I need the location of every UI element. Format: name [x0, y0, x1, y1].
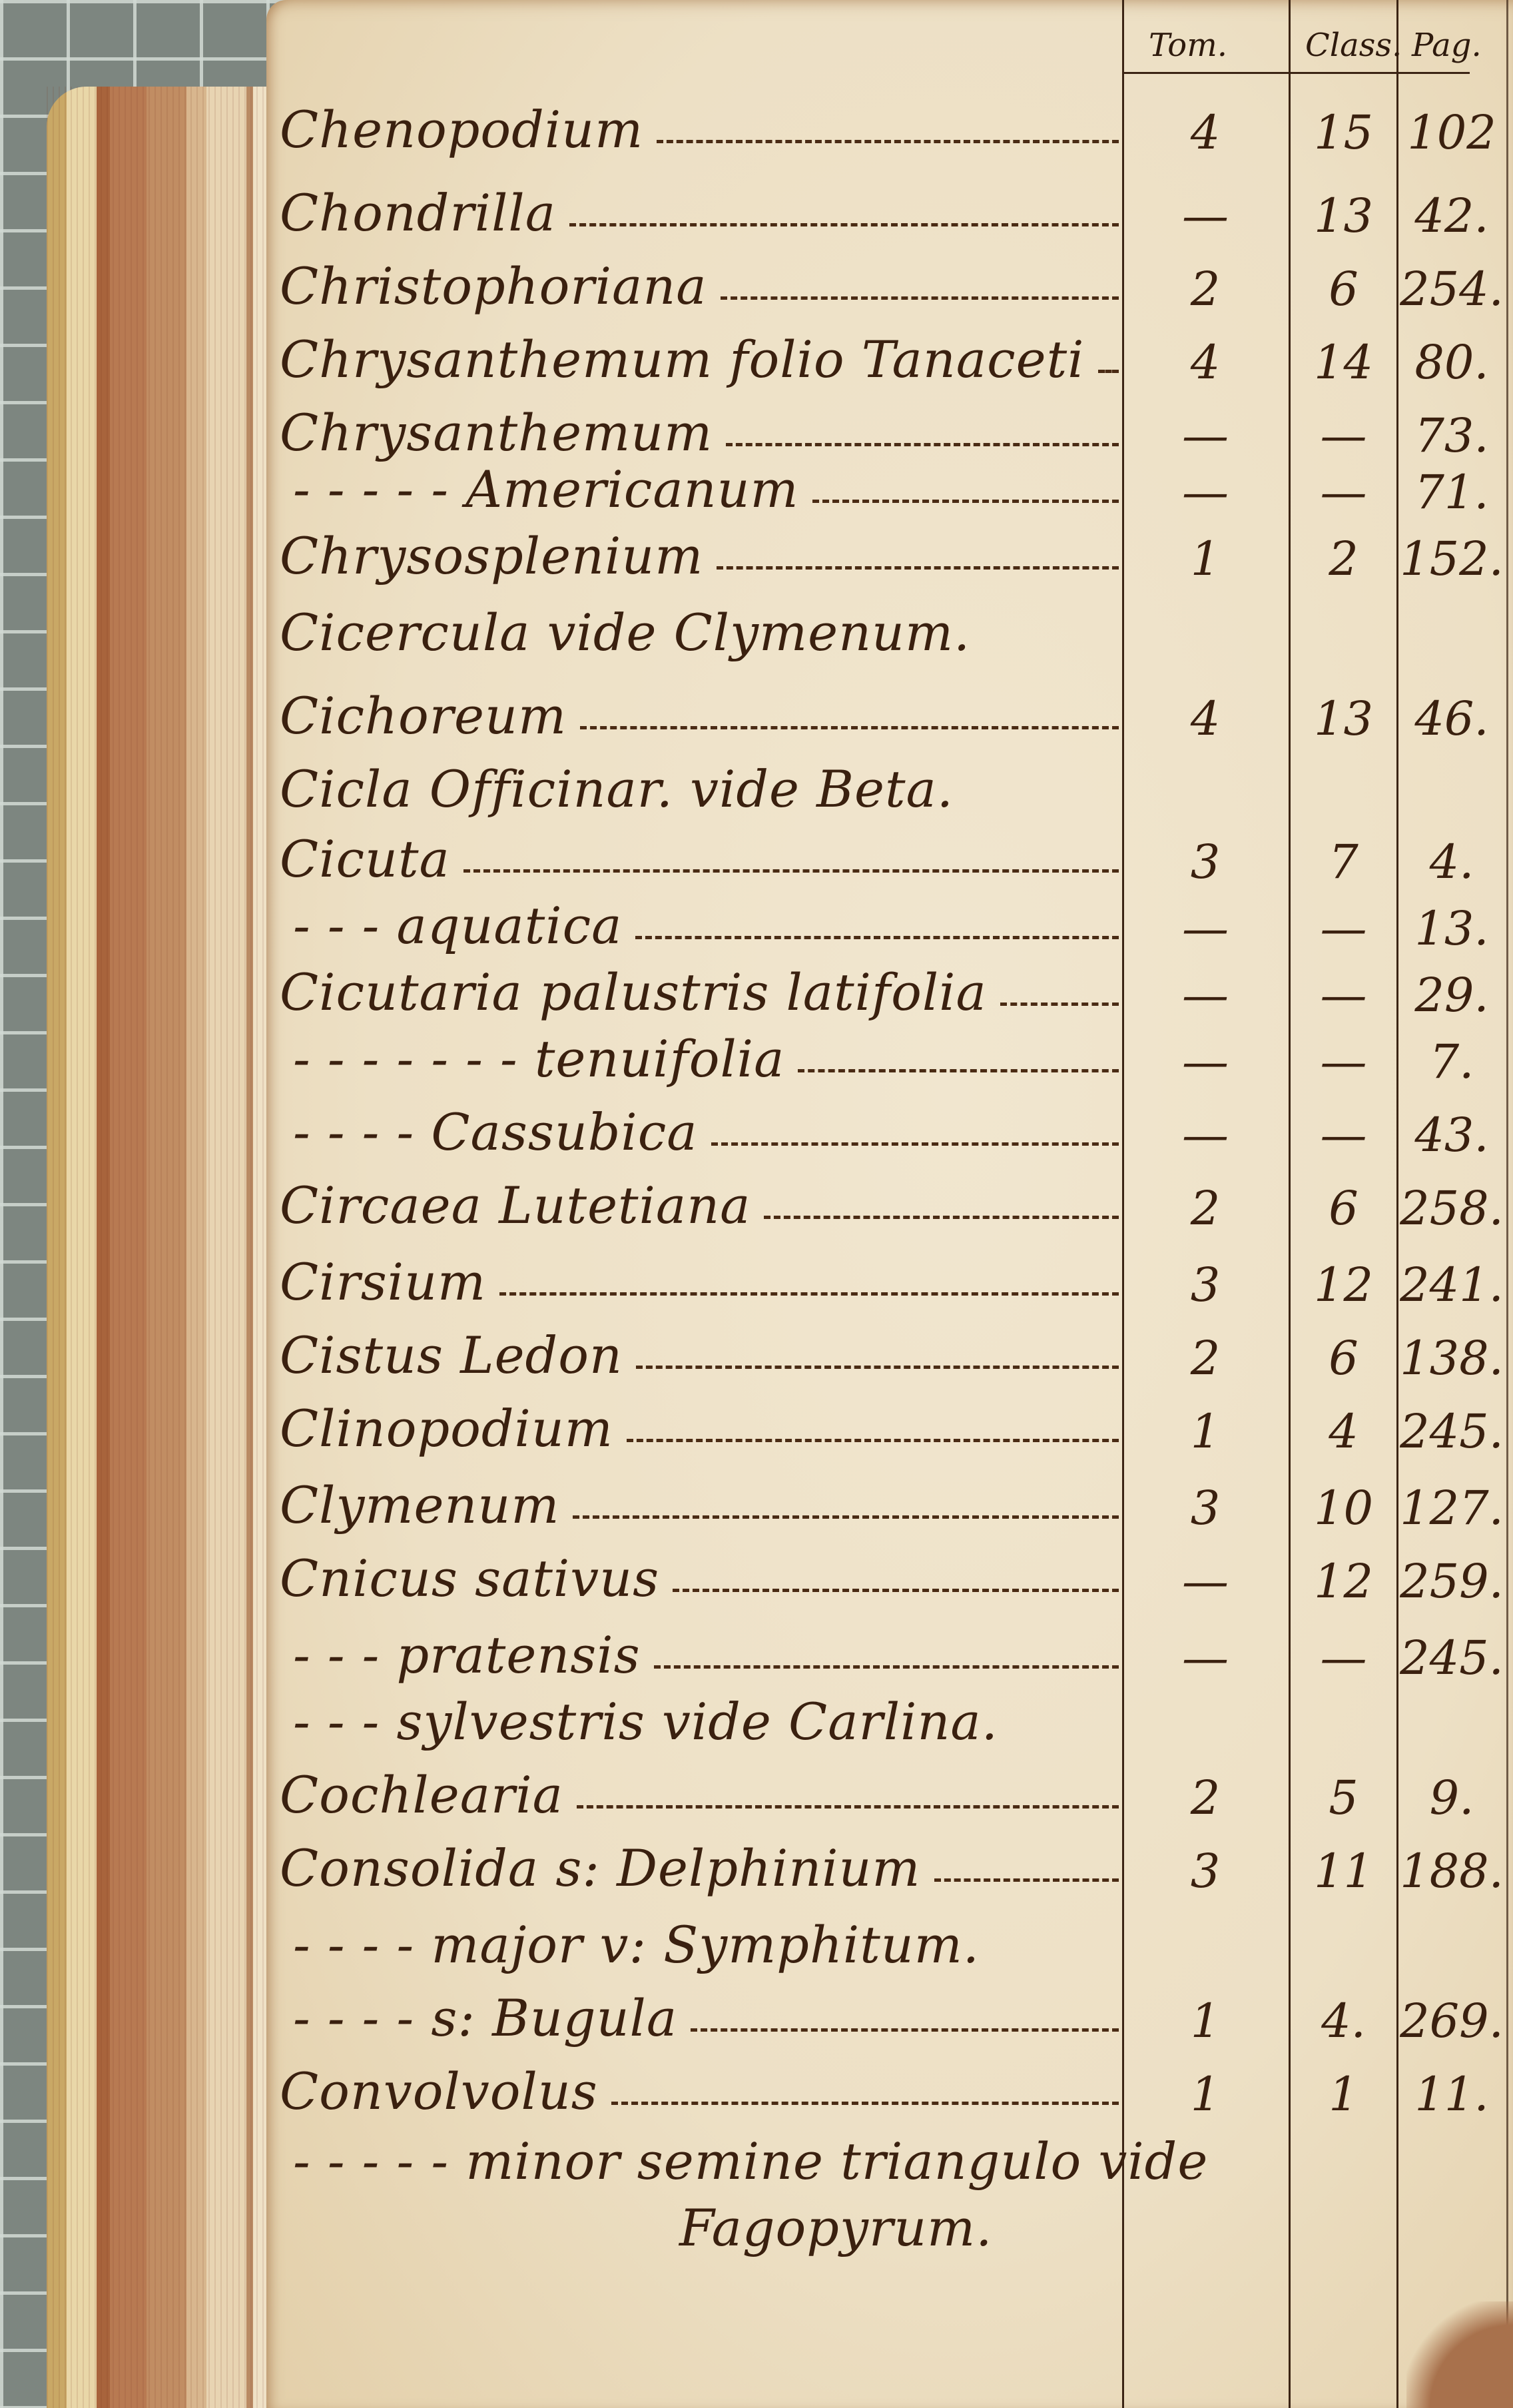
entry-name: Clymenum	[280, 1475, 559, 1535]
dotted-leader	[635, 936, 1119, 939]
class-cell: 10	[1292, 1481, 1395, 1535]
dotted-leader	[721, 296, 1119, 300]
dotted-leader	[934, 1878, 1119, 1882]
entry-name: Convolvolus	[280, 2062, 598, 2121]
index-entry-row: Circaea Lutetiana26258.	[266, 1176, 1513, 1242]
class-cell: 4.	[1292, 1994, 1395, 2048]
dotted-leader	[764, 1216, 1119, 1219]
class-cell: 7	[1292, 835, 1395, 889]
tom-cell: 2	[1125, 1331, 1285, 1386]
class-cell: 6	[1292, 1331, 1395, 1386]
pag-cell: 245.	[1398, 1631, 1505, 1685]
class-cell: —	[1292, 408, 1395, 463]
pag-cell: 241.	[1398, 1258, 1505, 1312]
tom-cell: 2	[1125, 1181, 1285, 1236]
class-cell: 15	[1292, 105, 1395, 160]
dotted-leader	[499, 1292, 1119, 1296]
entry-name: Cicuta	[280, 829, 450, 889]
dotted-leader	[717, 566, 1119, 570]
class-cell: —	[1292, 901, 1395, 956]
index-entry-row: Chrysosplenium12152.	[266, 526, 1513, 593]
tom-cell: 2	[1125, 262, 1285, 316]
tom-cell: 1	[1125, 2067, 1285, 2122]
entry-name: Cicercula vide Clymenum.	[280, 603, 970, 662]
pag-cell: 9.	[1398, 1771, 1505, 1825]
class-cell: 5	[1292, 1771, 1395, 1825]
class-cell: 13	[1292, 691, 1395, 746]
class-cell: 6	[1292, 262, 1395, 316]
index-entry-row: Cirsium312241.	[266, 1252, 1513, 1319]
dotted-leader	[627, 1439, 1119, 1442]
tom-cell: 2	[1125, 1771, 1285, 1825]
tom-cell: —	[1125, 1108, 1285, 1162]
index-entry-row: - - - - - minor semine triangulo vide	[266, 2132, 1513, 2198]
class-cell: 12	[1292, 1554, 1395, 1609]
entry-name: Chrysosplenium	[280, 526, 703, 586]
entry-name: Cichoreum	[280, 686, 567, 745]
index-entry-row: Chenopodium415102	[266, 100, 1513, 167]
class-cell: —	[1292, 1034, 1395, 1089]
index-entry-row: - - - - - Americanum——71.	[266, 460, 1513, 526]
dotted-leader	[711, 1142, 1119, 1146]
entry-name: Consolida s: Delphinium	[280, 1838, 921, 1898]
index-entry-row: - - - - Cassubica——43.	[266, 1102, 1513, 1169]
tom-cell: 4	[1125, 335, 1285, 390]
dotted-leader	[463, 869, 1119, 873]
pag-cell: 138.	[1398, 1331, 1505, 1386]
index-entry-row: Convolvolus1111.	[266, 2062, 1513, 2128]
dotted-leader	[577, 1805, 1119, 1808]
class-cell: 11	[1292, 1844, 1395, 1898]
dotted-leader	[569, 223, 1119, 226]
index-entry-row: Cnicus sativus—12259.	[266, 1549, 1513, 1615]
index-entry-row: Cicercula vide Clymenum.	[266, 603, 1513, 669]
class-cell: 12	[1292, 1258, 1395, 1312]
pag-cell: 4.	[1398, 835, 1505, 889]
pag-cell: 269.	[1398, 1994, 1505, 2048]
column-header-pag: Pag.	[1412, 27, 1482, 64]
pag-cell: 71.	[1398, 465, 1505, 520]
entry-name: Cochlearia	[280, 1765, 563, 1824]
entry-name: - - - - - minor semine triangulo vide	[293, 2132, 1208, 2191]
entry-name: Circaea Lutetiana	[280, 1176, 751, 1235]
index-entry-row: Cochlearia259.	[266, 1765, 1513, 1832]
tom-cell: 3	[1125, 1258, 1285, 1312]
entry-name: Cistus Ledon	[280, 1326, 623, 1385]
dotted-leader	[726, 443, 1119, 446]
pag-cell: 80.	[1398, 335, 1505, 390]
tom-cell: —	[1125, 408, 1285, 463]
entry-name: - - - - - - - tenuifolia	[293, 1029, 784, 1088]
pag-cell: 46.	[1398, 691, 1505, 746]
pag-cell: 127.	[1398, 1481, 1505, 1535]
entry-name: - - - sylvestris vide Carlina.	[293, 1692, 998, 1751]
header-rule	[1123, 72, 1470, 74]
dotted-leader	[580, 726, 1119, 729]
class-cell: 1	[1292, 2067, 1395, 2122]
class-cell: —	[1292, 1108, 1395, 1162]
index-entry-row: Fagopyrum.	[266, 2198, 1513, 2265]
entry-name: Cicla Officinar. vide Beta.	[280, 759, 954, 819]
class-cell: 14	[1292, 335, 1395, 390]
pag-cell: 73.	[1398, 408, 1505, 463]
class-cell: 4	[1292, 1404, 1395, 1459]
column-header-tom: Tom.	[1149, 27, 1227, 64]
index-entry-row: Chrysanthemum folio Tanaceti41480.	[266, 330, 1513, 396]
entry-name: Cirsium	[280, 1252, 486, 1312]
index-entry-row: - - - - - - - tenuifolia——7.	[266, 1029, 1513, 1096]
dotted-leader	[798, 1069, 1119, 1072]
tom-cell: —	[1125, 901, 1285, 956]
tom-cell: —	[1125, 1034, 1285, 1089]
entry-name: - - - pratensis	[293, 1625, 641, 1685]
tom-cell: 1	[1125, 1994, 1285, 2048]
pag-cell: 102	[1398, 105, 1505, 160]
dotted-leader	[812, 500, 1119, 503]
class-cell: 13	[1292, 189, 1395, 243]
dotted-leader	[573, 1515, 1119, 1519]
tom-cell: —	[1125, 1554, 1285, 1609]
tom-cell: —	[1125, 1631, 1285, 1685]
class-cell: —	[1292, 1631, 1395, 1685]
entry-name: Fagopyrum.	[679, 2198, 992, 2257]
dotted-leader	[1000, 1003, 1119, 1006]
index-entry-row: Cichoreum41346.	[266, 686, 1513, 753]
index-entry-row: Christophoriana26254.	[266, 256, 1513, 323]
entry-name: Chondrilla	[280, 183, 556, 242]
tom-cell: 4	[1125, 691, 1285, 746]
class-cell: 2	[1292, 532, 1395, 586]
pag-cell: 13.	[1398, 901, 1505, 956]
thumb-shadow	[1406, 2301, 1513, 2408]
entry-name: - - - - - Americanum	[293, 460, 799, 519]
pag-cell: 42.	[1398, 189, 1505, 243]
pag-cell: 7.	[1398, 1034, 1505, 1089]
pag-cell: 29.	[1398, 968, 1505, 1022]
dotted-leader	[691, 2028, 1119, 2032]
pag-cell: 254.	[1398, 262, 1505, 316]
column-header-class: Class.	[1305, 27, 1402, 64]
index-entry-row: - - - pratensis——245.	[266, 1625, 1513, 1692]
index-entry-row: Cicla Officinar. vide Beta.	[266, 759, 1513, 826]
page-edges	[47, 87, 286, 2408]
dotted-leader	[1098, 370, 1119, 373]
book: Tom. Class. Pag. Chenopodium415102Chondr…	[47, 0, 1513, 2408]
index-entry-row: Consolida s: Delphinium311188.	[266, 1838, 1513, 1905]
pag-cell: 152.	[1398, 532, 1505, 586]
class-cell: 6	[1292, 1181, 1395, 1236]
pag-cell: 259.	[1398, 1554, 1505, 1609]
index-entry-row: - - - aquatica——13.	[266, 896, 1513, 963]
tom-cell: 3	[1125, 1844, 1285, 1898]
entry-name: - - - - Cassubica	[293, 1102, 698, 1162]
tom-cell: —	[1125, 189, 1285, 243]
entry-name: Chenopodium	[280, 100, 643, 159]
entry-name: Christophoriana	[280, 256, 707, 316]
tom-cell: —	[1125, 968, 1285, 1022]
dotted-leader	[673, 1589, 1119, 1592]
index-entry-row: Cicutaria palustris latifolia——29.	[266, 963, 1513, 1029]
tom-cell: 4	[1125, 105, 1285, 160]
entry-name: Clinopodium	[280, 1399, 613, 1458]
pag-cell: 258.	[1398, 1181, 1505, 1236]
tom-cell: —	[1125, 465, 1285, 520]
index-entry-row: Cistus Ledon26138.	[266, 1326, 1513, 1392]
index-entry-row: Clinopodium14245.	[266, 1399, 1513, 1465]
dotted-leader	[611, 2102, 1119, 2105]
class-cell: —	[1292, 465, 1395, 520]
index-entry-row: Clymenum310127.	[266, 1475, 1513, 1542]
tom-cell: 3	[1125, 835, 1285, 889]
index-entry-row: Chondrilla—1342.	[266, 183, 1513, 250]
manuscript-page: Tom. Class. Pag. Chenopodium415102Chondr…	[266, 0, 1513, 2408]
class-cell: —	[1292, 968, 1395, 1022]
pag-cell: 188.	[1398, 1844, 1505, 1898]
dotted-leader	[654, 1665, 1119, 1669]
tom-cell: 3	[1125, 1481, 1285, 1535]
pag-cell: 11.	[1398, 2067, 1505, 2122]
dotted-leader	[657, 140, 1119, 143]
pag-cell: 245.	[1398, 1404, 1505, 1459]
entry-name: - - - - major v: Symphitum.	[293, 1915, 980, 1974]
tom-cell: 1	[1125, 532, 1285, 586]
index-entry-row: - - - - s: Bugula14.269.	[266, 1988, 1513, 2055]
dotted-leader	[636, 1366, 1119, 1369]
entry-name: - - - - s: Bugula	[293, 1988, 677, 2048]
entry-name: Chrysanthemum	[280, 403, 713, 462]
pag-cell: 43.	[1398, 1108, 1505, 1162]
index-entry-row: - - - sylvestris vide Carlina.	[266, 1692, 1513, 1759]
index-entry-row: Cicuta374.	[266, 829, 1513, 896]
entry-name: Chrysanthemum folio Tanaceti	[280, 330, 1085, 389]
entry-name: Cnicus sativus	[280, 1549, 659, 1608]
entry-name: Cicutaria palustris latifolia	[280, 963, 987, 1022]
entry-name: - - - aquatica	[293, 896, 622, 955]
tom-cell: 1	[1125, 1404, 1285, 1459]
index-entry-row: - - - - major v: Symphitum.	[266, 1915, 1513, 1982]
